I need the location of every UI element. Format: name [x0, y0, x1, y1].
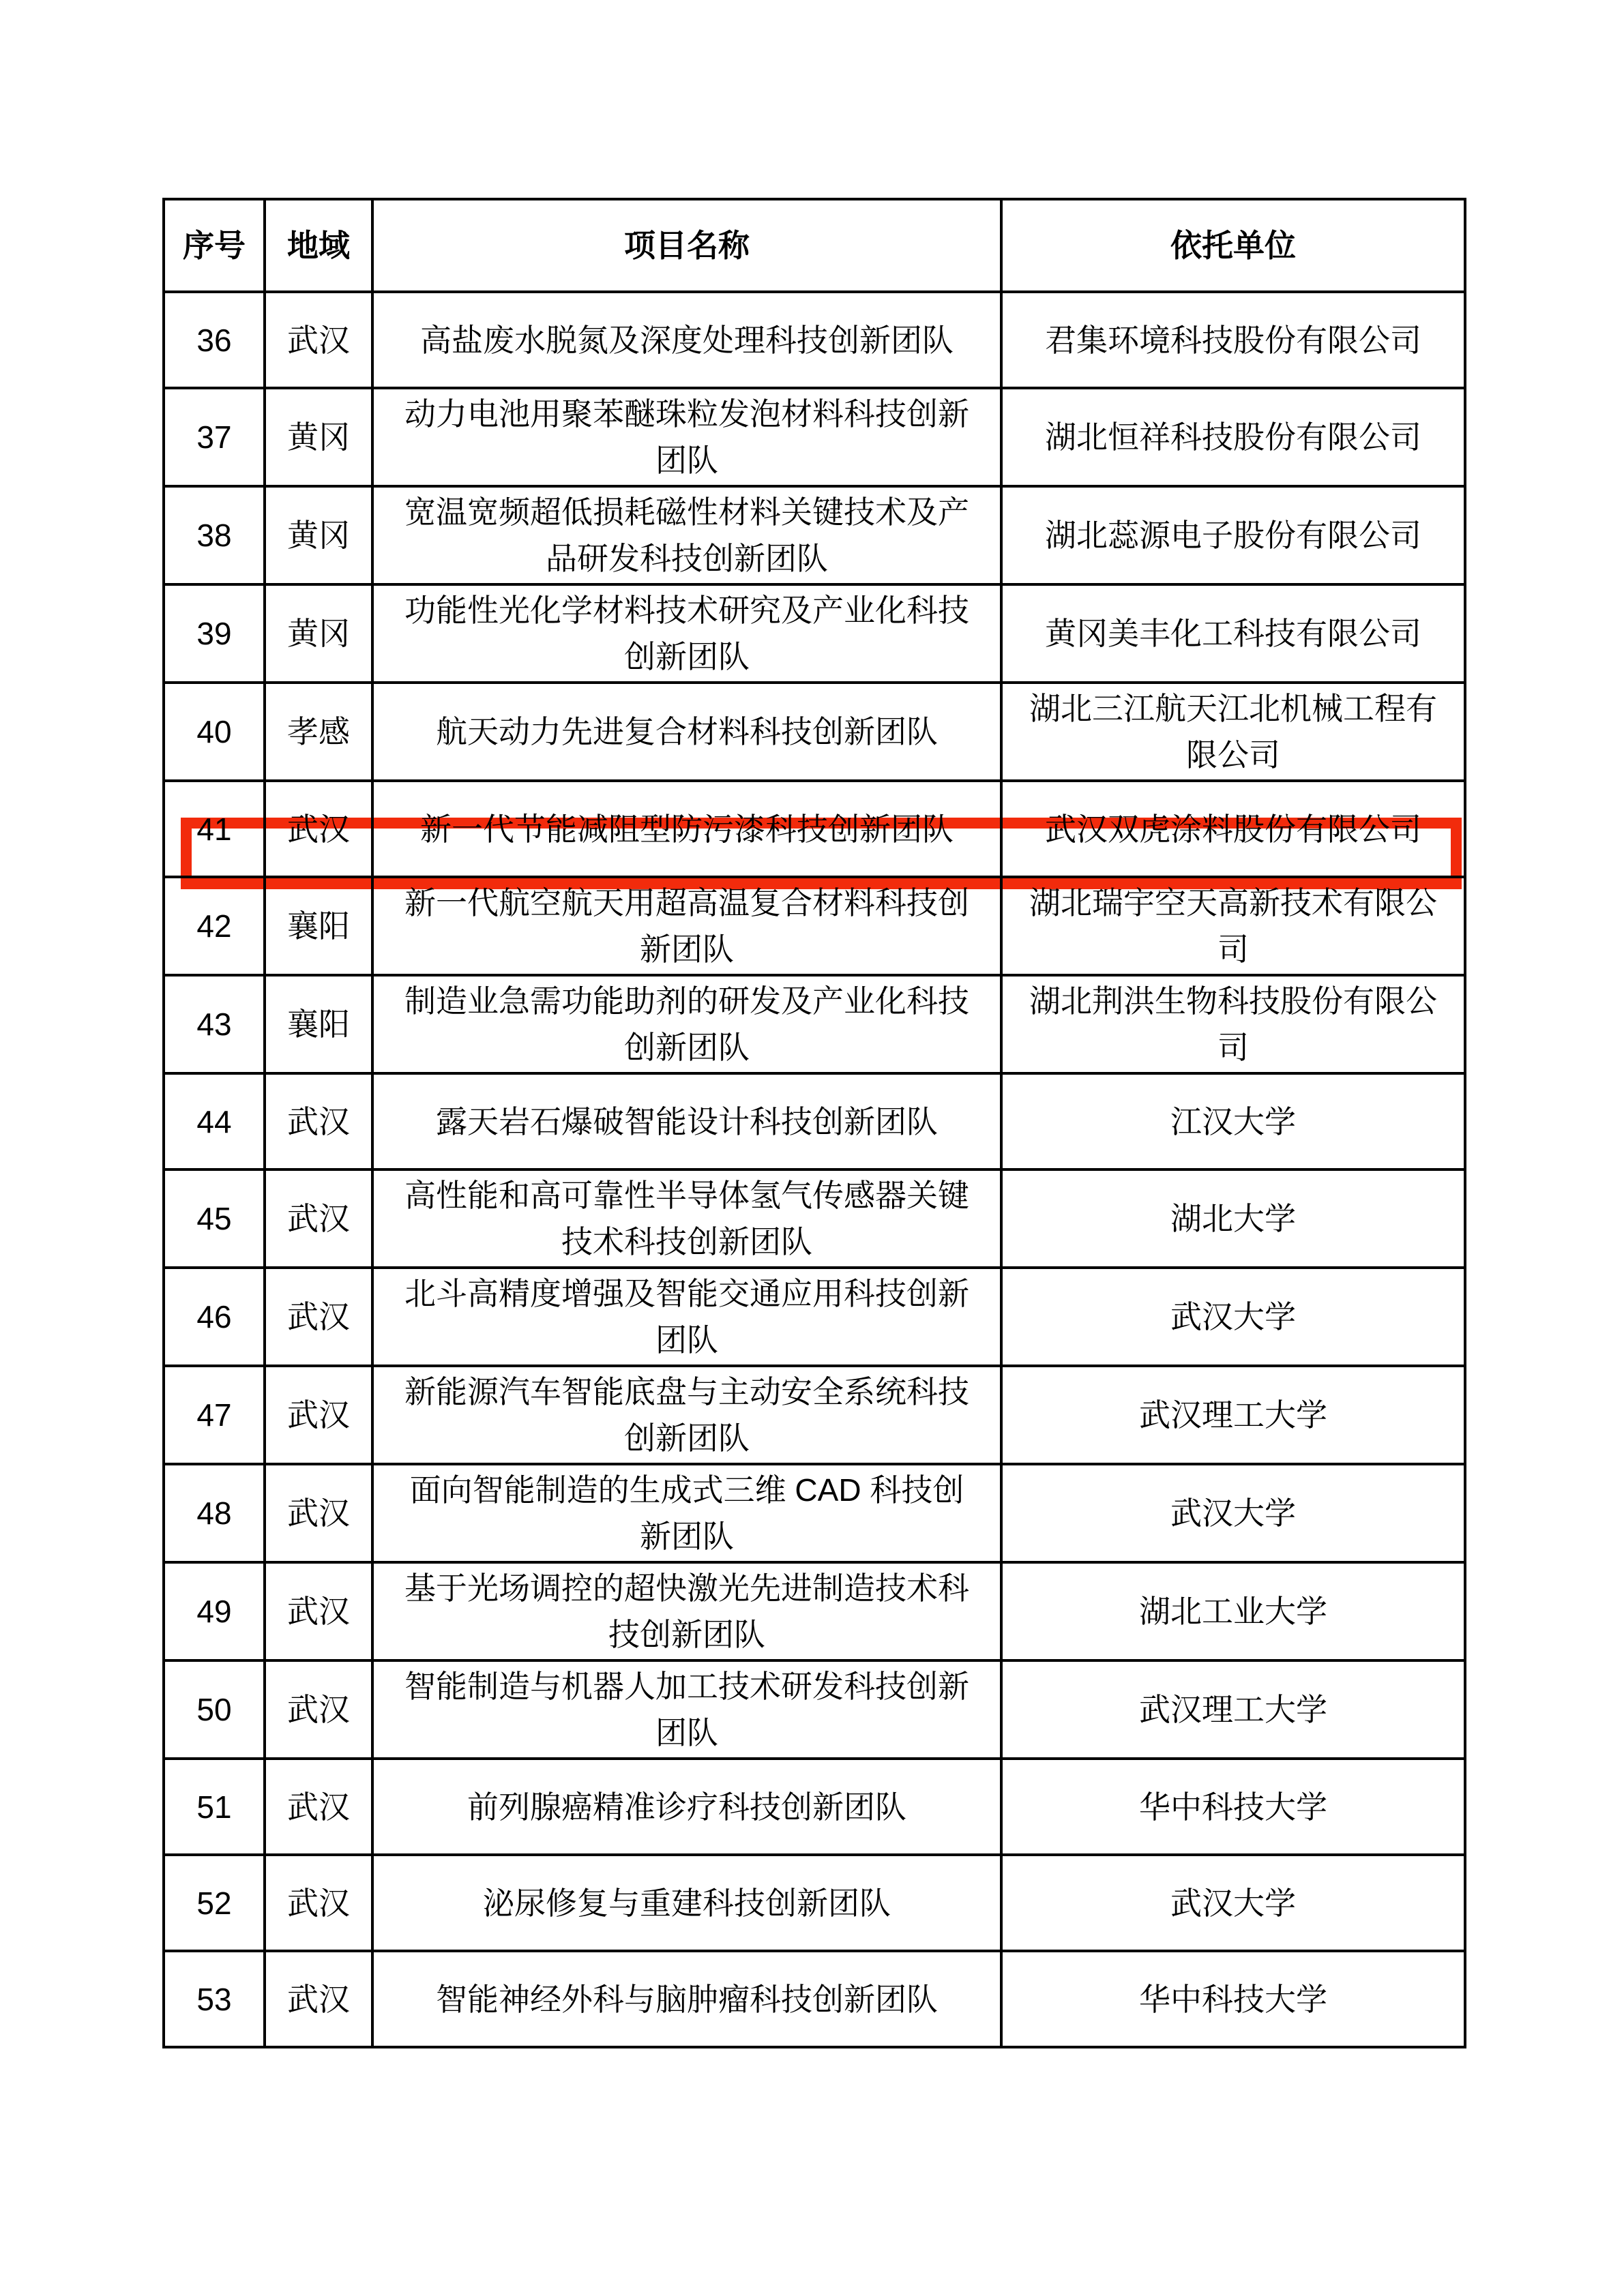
organization-cell: 湖北恒祥科技股份有限公司 [1001, 388, 1465, 486]
organization-cell: 华中科技大学 [1001, 1951, 1465, 2047]
header-region: 地域 [265, 199, 372, 292]
region-cell: 武汉 [265, 292, 372, 388]
row-number-cell: 52 [164, 1855, 265, 1951]
project-name-cell: 泌尿修复与重建科技创新团队 [372, 1855, 1001, 1951]
table-row: 38黄冈宽温宽频超低损耗磁性材料关键技术及产 品研发科技创新团队湖北蕊源电子股份… [164, 486, 1465, 584]
region-cell: 武汉 [265, 1366, 372, 1464]
project-name-cell: 高盐废水脱氮及深度处理科技创新团队 [372, 292, 1001, 388]
project-name-cell: 动力电池用聚苯醚珠粒发泡材料科技创新 团队 [372, 388, 1001, 486]
organization-cell: 黄冈美丰化工科技有限公司 [1001, 584, 1465, 683]
region-cell: 武汉 [265, 1660, 372, 1759]
region-cell: 襄阳 [265, 975, 372, 1073]
region-cell: 武汉 [265, 1855, 372, 1951]
table-row: 49武汉基于光场调控的超快激光先进制造技术科 技创新团队湖北工业大学 [164, 1562, 1465, 1660]
row-number-cell: 45 [164, 1169, 265, 1268]
document-page: 序号 地域 项目名称 依托单位 36武汉高盐废水脱氮及深度处理科技创新团队君集环… [0, 0, 1624, 2296]
region-cell: 武汉 [265, 1464, 372, 1562]
table-row: 40孝感航天动力先进复合材料科技创新团队湖北三江航天江北机械工程有 限公司 [164, 683, 1465, 781]
region-cell: 武汉 [265, 1169, 372, 1268]
row-number-cell: 40 [164, 683, 265, 781]
project-name-cell: 基于光场调控的超快激光先进制造技术科 技创新团队 [372, 1562, 1001, 1660]
region-cell: 黄冈 [265, 486, 372, 584]
header-project-name: 项目名称 [372, 199, 1001, 292]
table-row: 46武汉北斗高精度增强及智能交通应用科技创新 团队武汉大学 [164, 1268, 1465, 1366]
project-name-cell: 宽温宽频超低损耗磁性材料关键技术及产 品研发科技创新团队 [372, 486, 1001, 584]
region-cell: 武汉 [265, 1562, 372, 1660]
row-number-cell: 39 [164, 584, 265, 683]
project-name-cell: 新能源汽车智能底盘与主动安全系统科技 创新团队 [372, 1366, 1001, 1464]
region-cell: 武汉 [265, 1268, 372, 1366]
organization-cell: 华中科技大学 [1001, 1759, 1465, 1855]
project-name-cell: 露天岩石爆破智能设计科技创新团队 [372, 1073, 1001, 1169]
row-number-cell: 42 [164, 877, 265, 975]
row-number-cell: 37 [164, 388, 265, 486]
header-serial-number: 序号 [164, 199, 265, 292]
table-header-row: 序号 地域 项目名称 依托单位 [164, 199, 1465, 292]
organization-cell: 湖北工业大学 [1001, 1562, 1465, 1660]
region-cell: 孝感 [265, 683, 372, 781]
table-row: 39黄冈功能性光化学材料技术研究及产业化科技 创新团队黄冈美丰化工科技有限公司 [164, 584, 1465, 683]
project-name-cell: 前列腺癌精准诊疗科技创新团队 [372, 1759, 1001, 1855]
row-number-cell: 44 [164, 1073, 265, 1169]
organization-cell: 君集环境科技股份有限公司 [1001, 292, 1465, 388]
table-row: 52武汉泌尿修复与重建科技创新团队武汉大学 [164, 1855, 1465, 1951]
project-name-cell: 智能神经外科与脑肿瘤科技创新团队 [372, 1951, 1001, 2047]
row-number-cell: 49 [164, 1562, 265, 1660]
row-number-cell: 43 [164, 975, 265, 1073]
organization-cell: 武汉大学 [1001, 1464, 1465, 1562]
row-number-cell: 51 [164, 1759, 265, 1855]
organization-cell: 湖北蕊源电子股份有限公司 [1001, 486, 1465, 584]
region-cell: 黄冈 [265, 584, 372, 683]
organization-cell: 武汉理工大学 [1001, 1366, 1465, 1464]
organization-cell: 江汉大学 [1001, 1073, 1465, 1169]
organization-cell: 武汉大学 [1001, 1855, 1465, 1951]
project-name-cell: 高性能和高可靠性半导体氢气传感器关键 技术科技创新团队 [372, 1169, 1001, 1268]
table-row: 44武汉露天岩石爆破智能设计科技创新团队江汉大学 [164, 1073, 1465, 1169]
region-cell: 襄阳 [265, 877, 372, 975]
row-number-cell: 47 [164, 1366, 265, 1464]
project-name-cell: 功能性光化学材料技术研究及产业化科技 创新团队 [372, 584, 1001, 683]
row-number-cell: 50 [164, 1660, 265, 1759]
table-row: 37黄冈动力电池用聚苯醚珠粒发泡材料科技创新 团队湖北恒祥科技股份有限公司 [164, 388, 1465, 486]
organization-cell: 湖北荆洪生物科技股份有限公 司 [1001, 975, 1465, 1073]
row-number-cell: 53 [164, 1951, 265, 2047]
project-name-cell: 新一代节能减阻型防污漆科技创新团队 [372, 781, 1001, 877]
project-name-cell: 制造业急需功能助剂的研发及产业化科技 创新团队 [372, 975, 1001, 1073]
project-name-cell: 航天动力先进复合材料科技创新团队 [372, 683, 1001, 781]
table-row: 53武汉智能神经外科与脑肿瘤科技创新团队华中科技大学 [164, 1951, 1465, 2047]
table-row: 42襄阳新一代航空航天用超高温复合材料科技创 新团队湖北瑞宇空天高新技术有限公 … [164, 877, 1465, 975]
table-row: 43襄阳制造业急需功能助剂的研发及产业化科技 创新团队湖北荆洪生物科技股份有限公… [164, 975, 1465, 1073]
row-number-cell: 36 [164, 292, 265, 388]
row-number-cell: 48 [164, 1464, 265, 1562]
table-row: 50武汉智能制造与机器人加工技术研发科技创新 团队武汉理工大学 [164, 1660, 1465, 1759]
region-cell: 武汉 [265, 1759, 372, 1855]
table-row: 45武汉高性能和高可靠性半导体氢气传感器关键 技术科技创新团队湖北大学 [164, 1169, 1465, 1268]
organization-cell: 武汉双虎涂料股份有限公司 [1001, 781, 1465, 877]
row-number-cell: 46 [164, 1268, 265, 1366]
region-cell: 黄冈 [265, 388, 372, 486]
organization-cell: 湖北大学 [1001, 1169, 1465, 1268]
project-name-cell: 新一代航空航天用超高温复合材料科技创 新团队 [372, 877, 1001, 975]
header-supporting-organization: 依托单位 [1001, 199, 1465, 292]
row-number-cell: 38 [164, 486, 265, 584]
project-name-cell: 智能制造与机器人加工技术研发科技创新 团队 [372, 1660, 1001, 1759]
table-body: 36武汉高盐废水脱氮及深度处理科技创新团队君集环境科技股份有限公司37黄冈动力电… [164, 292, 1465, 2047]
organization-cell: 武汉大学 [1001, 1268, 1465, 1366]
project-name-cell: 面向智能制造的生成式三维 CAD 科技创 新团队 [372, 1464, 1001, 1562]
row-number-cell: 41 [164, 781, 265, 877]
table-row: 47武汉新能源汽车智能底盘与主动安全系统科技 创新团队武汉理工大学 [164, 1366, 1465, 1464]
region-cell: 武汉 [265, 1073, 372, 1169]
region-cell: 武汉 [265, 1951, 372, 2047]
innovation-teams-table: 序号 地域 项目名称 依托单位 36武汉高盐废水脱氮及深度处理科技创新团队君集环… [162, 198, 1466, 2048]
organization-cell: 武汉理工大学 [1001, 1660, 1465, 1759]
table-row-highlighted: 41武汉新一代节能减阻型防污漆科技创新团队武汉双虎涂料股份有限公司 [164, 781, 1465, 877]
table-row: 36武汉高盐废水脱氮及深度处理科技创新团队君集环境科技股份有限公司 [164, 292, 1465, 388]
table-row: 51武汉前列腺癌精准诊疗科技创新团队华中科技大学 [164, 1759, 1465, 1855]
organization-cell: 湖北瑞宇空天高新技术有限公 司 [1001, 877, 1465, 975]
project-name-cell: 北斗高精度增强及智能交通应用科技创新 团队 [372, 1268, 1001, 1366]
organization-cell: 湖北三江航天江北机械工程有 限公司 [1001, 683, 1465, 781]
region-cell: 武汉 [265, 781, 372, 877]
table-row: 48武汉面向智能制造的生成式三维 CAD 科技创 新团队武汉大学 [164, 1464, 1465, 1562]
